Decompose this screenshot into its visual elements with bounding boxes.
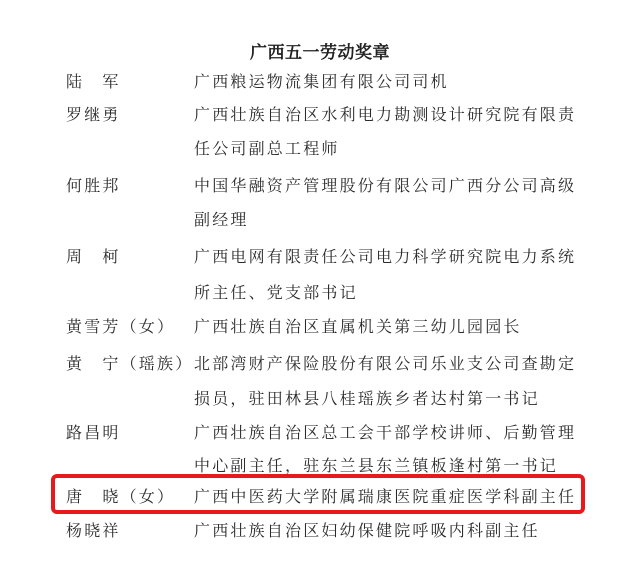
entry-description: 广西电网有限责任公司电力科学研究院电力系统 xyxy=(194,247,576,267)
entry-description: 广西壮族自治区妇幼保健院呼吸内科副主任 xyxy=(194,521,540,541)
entry-description-cont: 副经理 xyxy=(194,210,249,230)
page-title: 广西五一劳动奖章 xyxy=(0,38,640,63)
entry-description-cont: 损员，驻田林县八桂瑶族乡者达村第一书记 xyxy=(194,389,540,409)
entry-description-cont: 中心副主任，驻东兰县东兰镇板逢村第一书记 xyxy=(194,456,558,476)
entry-description: 广西壮族自治区总工会干部学校讲师、后勤管理 xyxy=(194,423,576,443)
entry-description-cont: 所主任、党支部书记 xyxy=(194,283,358,303)
entry-name: 何胜邦 xyxy=(66,176,121,196)
entry-description: 广西粮运物流集团有限公司司机 xyxy=(194,72,449,92)
entry-name: 周 柯 xyxy=(66,247,121,267)
entry-description: 北部湾财产保险股份有限公司乐业支公司查勘定 xyxy=(194,354,576,374)
entry-name: 罗继勇 xyxy=(66,105,121,125)
entry-description: 广西壮族自治区水利电力勘测设计研究院有限责 xyxy=(194,105,576,125)
entry-description-highlighted: 广西中医药大学附属瑞康医院重症医学科副主任 xyxy=(194,487,576,507)
entry-name-highlighted: 唐 晓（女） xyxy=(66,487,175,507)
entry-description: 中国华融资产管理股份有限公司广西分公司高级 xyxy=(194,176,576,196)
entry-description-cont: 任公司副总工程师 xyxy=(194,139,340,159)
entry-description: 广西壮族自治区直属机关第三幼儿园园长 xyxy=(194,317,522,337)
entry-name: 陆 军 xyxy=(66,72,121,92)
entry-name: 黄 宁（瑶族） xyxy=(66,354,193,374)
entry-name: 路昌明 xyxy=(66,423,121,443)
entry-name: 杨晓祥 xyxy=(66,521,121,541)
entry-name: 黄雪芳（女） xyxy=(66,317,175,337)
